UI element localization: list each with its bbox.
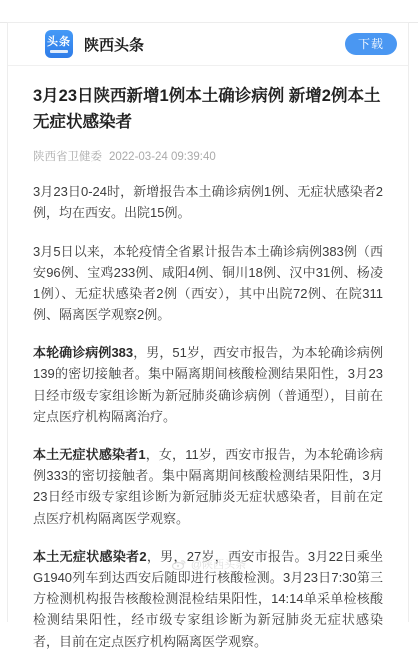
app-banner: 头条 陕西头条 下载 bbox=[8, 23, 408, 66]
article-body: 3月23日陕西新增1例本土确诊病例 新增2例本土无症状感染者 陕西省卫健委202… bbox=[8, 66, 408, 574]
article-paragraph: 3月23日0-24时，新增报告本土确诊病例1例、无症状感染者2例，均在西安。出院… bbox=[33, 181, 383, 223]
download-button[interactable]: 下载 bbox=[345, 33, 397, 55]
paragraph-lead: 本轮确诊病例383 bbox=[33, 345, 133, 360]
article-paragraph: 本土无症状感染者2，男，27岁，西安市报告。3月22日乘坐G1940列车到达西安… bbox=[33, 546, 383, 574]
article-datetime: 2022-03-24 09:39:40 bbox=[109, 151, 216, 163]
app-logo-text: 头条 bbox=[47, 36, 71, 48]
article-byline: 陕西省卫健委2022-03-24 09:39:40 bbox=[33, 148, 383, 164]
app-logo-subtext-bar bbox=[50, 50, 68, 53]
app-name: 陕西头条 bbox=[84, 34, 345, 55]
paragraph-lead: 本土无症状感染者2 bbox=[33, 549, 147, 564]
article-paragraph: 本轮确诊病例383，男，51岁，西安市报告，为本轮确诊病例139的密切接触者。集… bbox=[33, 342, 383, 427]
article-paragraph: 本土无症状感染者1，女，11岁，西安市报告，为本轮确诊病例333的密切接触者。集… bbox=[33, 444, 383, 529]
app-logo-icon: 头条 bbox=[45, 30, 73, 58]
article-title: 3月23日陕西新增1例本土确诊病例 新增2例本土无症状感染者 bbox=[33, 84, 383, 135]
paragraph-lead: 本土无症状感染者1 bbox=[33, 447, 146, 462]
article-card: 头条 陕西头条 下载 3月23日陕西新增1例本土确诊病例 新增2例本土无症状感染… bbox=[7, 22, 409, 574]
paragraph-text: 3月23日0-24时，新增报告本土确诊病例1例、无症状感染者2例，均在西安。出院… bbox=[33, 184, 383, 220]
article-source: 陕西省卫健委 bbox=[33, 151, 102, 163]
paragraph-text: 3月5日以来，本轮疫情全省累计报告本土确诊病例383例（西安96例、宝鸡233例… bbox=[33, 244, 383, 323]
article-paragraph: 3月5日以来，本轮疫情全省累计报告本土确诊病例383例（西安96例、宝鸡233例… bbox=[33, 241, 383, 326]
